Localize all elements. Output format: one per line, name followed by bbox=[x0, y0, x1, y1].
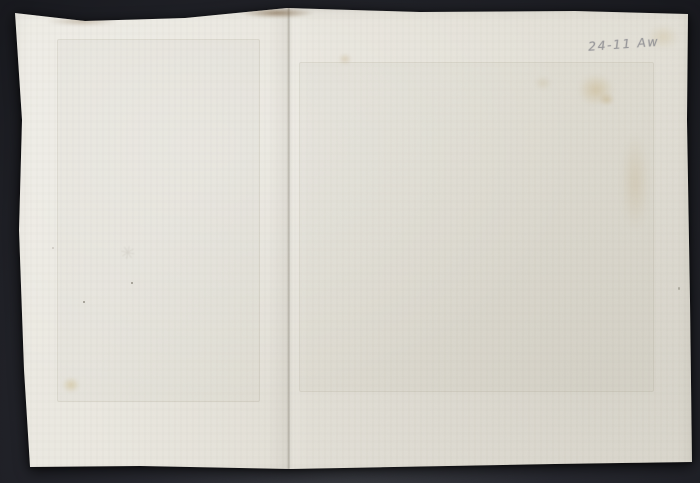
paper-speck bbox=[83, 301, 85, 303]
paper-speck bbox=[131, 282, 133, 284]
center-fold-crease bbox=[287, 7, 291, 470]
platemark-left-impression bbox=[57, 39, 260, 402]
paper-speck bbox=[678, 287, 680, 290]
photo-backdrop: ✳ 24-11 Aw bbox=[0, 0, 700, 483]
paper-surface: ✳ 24-11 Aw bbox=[0, 0, 700, 483]
paper-speck bbox=[52, 247, 54, 249]
paper-sheet: ✳ 24-11 Aw bbox=[0, 0, 700, 483]
platemark-right-impression bbox=[299, 62, 654, 392]
